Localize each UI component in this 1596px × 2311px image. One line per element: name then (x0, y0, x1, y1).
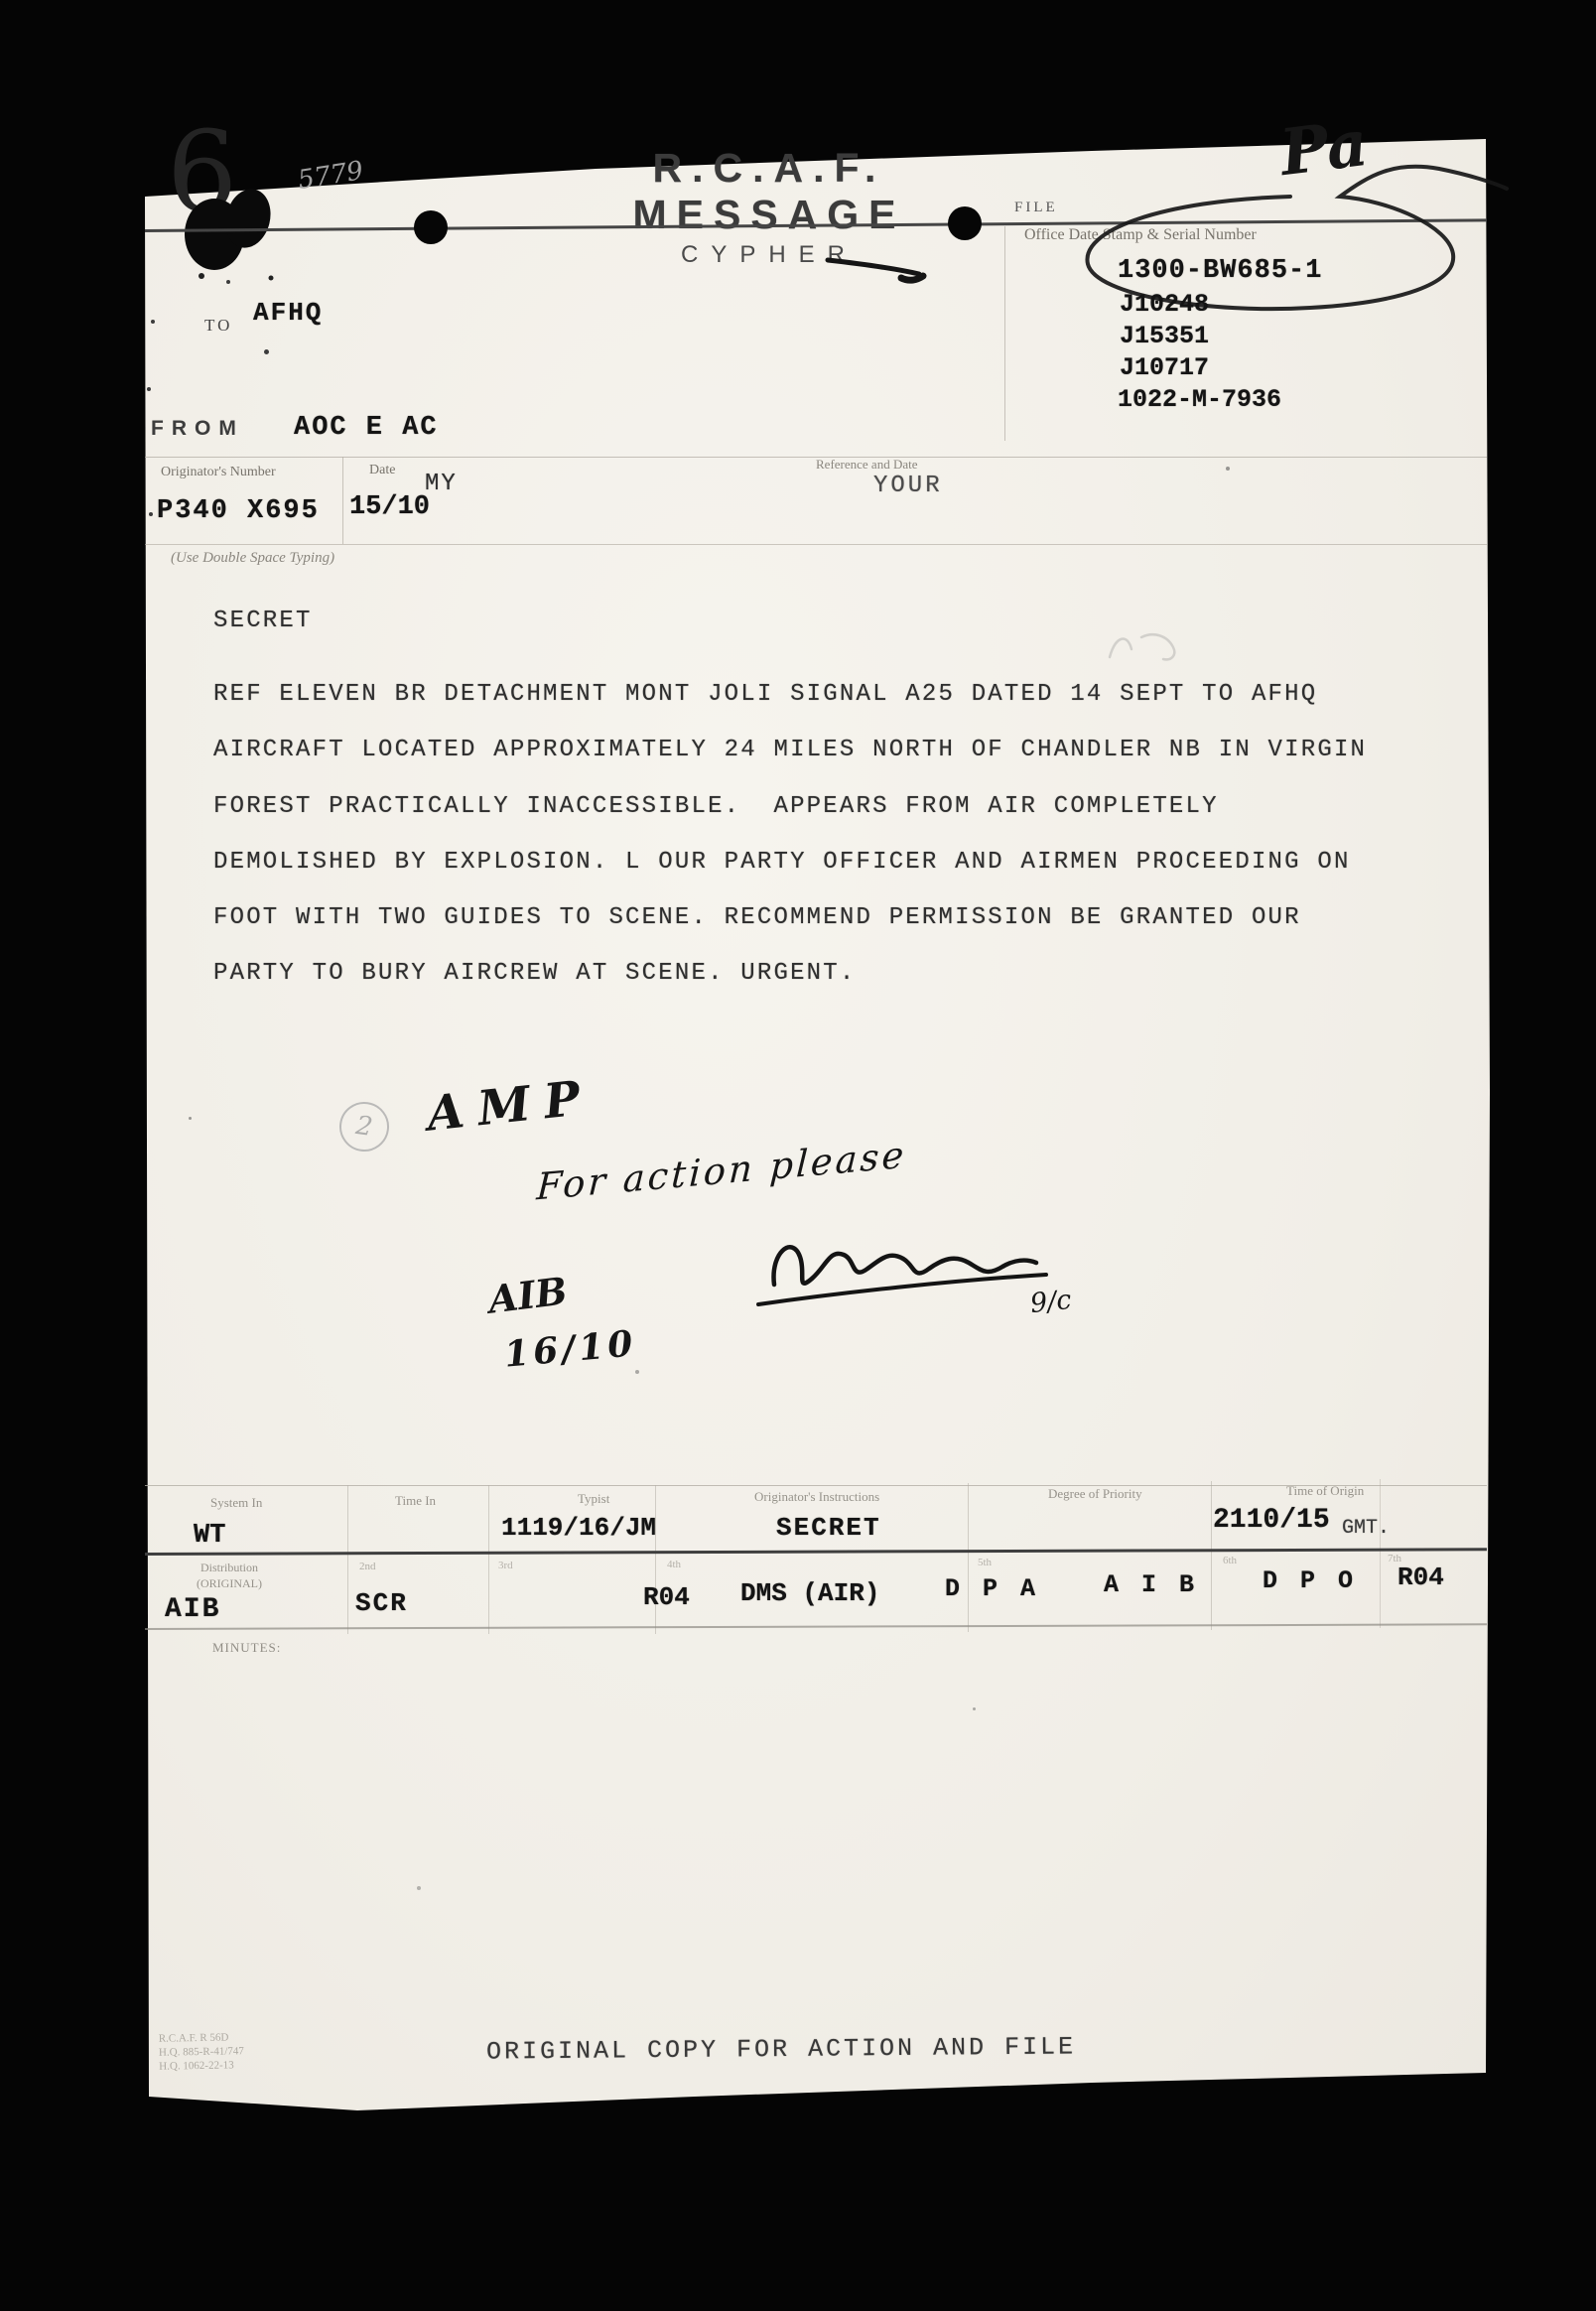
col-degree-of-priority: Degree of Priority (1048, 1486, 1142, 1502)
pencil-scribble (1102, 627, 1191, 667)
time-of-origin-suffix: GMT. (1342, 1517, 1390, 1540)
table-v6 (1380, 1479, 1381, 1628)
punch-hole-left (414, 210, 448, 244)
form-ref-2: H.Q. 1062-22-13 (159, 2058, 244, 2073)
col-originators-instructions: Originator's Instructions (754, 1489, 879, 1505)
to-label: TO (204, 316, 232, 336)
time-of-origin-value: 2110/15 (1213, 1505, 1330, 1536)
slot-4th: 4th (667, 1559, 681, 1570)
form-reference-block: R.C.A.F. R 56D H.Q. 885-R-41/747 H.Q. 10… (159, 2030, 245, 2073)
col-time-in: Time In (395, 1493, 436, 1509)
form-rule-2 (145, 544, 1487, 545)
circling-scrawl (1042, 139, 1509, 328)
minutes-label: MINUTES: (212, 1640, 281, 1656)
dist-value-4: D P A (945, 1574, 1039, 1603)
table-v5 (1211, 1481, 1212, 1630)
table-v4 (968, 1483, 969, 1632)
reference-and-date-label: Reference and Date (816, 457, 918, 473)
slot-5th: 5th (978, 1557, 992, 1568)
col-system-in: System In (210, 1495, 262, 1511)
dist-value-2: R04 (643, 1582, 690, 1612)
typing-note: (Use Double Space Typing) (171, 550, 334, 567)
message-line-3: FOREST PRACTICALLY INACCESSIBLE. APPEARS… (213, 793, 1219, 820)
typist-value: 1119/16/JM (501, 1513, 656, 1543)
date-label: Date (369, 463, 395, 478)
form-ref-1: H.Q. 885-R-41/747 (159, 2044, 244, 2059)
your-text: YOUR (873, 473, 943, 499)
slot-2nd: 2nd (359, 1561, 376, 1572)
dist-value-3: DMS (AIR) (740, 1578, 879, 1608)
distribution-label-2: (ORIGINAL) (197, 1576, 262, 1591)
form-ref-0: R.C.A.F. R 56D (159, 2030, 244, 2045)
message-line-5: FOOT WITH TWO GUIDES TO SCENE. RECOMMEND… (213, 904, 1301, 931)
slot-3rd: 3rd (498, 1560, 513, 1571)
originators-instructions-value: SECRET (776, 1513, 881, 1543)
message-line-6: PARTY TO BURY AIRCREW AT SCENE. URGENT. (213, 960, 857, 987)
form-divider-date (342, 457, 343, 544)
slot-6th: 6th (1223, 1555, 1237, 1566)
pen-stroke (824, 248, 943, 288)
date-value: 15/10 (349, 492, 430, 522)
serial-3: J10717 (1120, 353, 1209, 382)
dist-value-5: A I B (1104, 1570, 1198, 1599)
system-in-value: WT (194, 1521, 225, 1551)
originators-number-value: P340 X695 (157, 496, 320, 526)
table-v1 (347, 1485, 348, 1634)
to-value: AFHQ (253, 298, 323, 328)
scanned-document-photo: 6 5779 R.C.A.F. MESSAGE CYPHER FILE Offi… (0, 0, 1596, 2311)
signature-suffix: 9/c (1028, 1285, 1072, 1319)
col-time-of-origin: Time of Origin (1286, 1483, 1364, 1499)
file-box-divider (1004, 226, 1005, 441)
punch-hole-right (948, 206, 982, 240)
serial-0: 1300-BW685-1 (1118, 256, 1322, 286)
from-label: FROM (151, 417, 244, 441)
serial-1: J10248 (1120, 290, 1209, 319)
footer-note: ORIGINAL COPY FOR ACTION AND FILE (486, 2032, 1076, 2066)
dist-value-0: AIB (165, 1594, 220, 1625)
distribution-label: Distribution (200, 1561, 258, 1575)
col-typist: Typist (578, 1491, 609, 1507)
dist-value-1: SCR (355, 1588, 408, 1618)
circled-number-value: 2 (354, 1111, 375, 1143)
dist-value-6: D P O (1263, 1566, 1357, 1595)
originators-number-label: Originator's Number (161, 465, 276, 480)
classification: SECRET (213, 608, 313, 634)
serial-4: 1022-M-7936 (1118, 385, 1281, 414)
message-line-1: REF ELEVEN BR DETACHMENT MONT JOLI SIGNA… (213, 681, 1317, 708)
message-line-4: DEMOLISHED BY EXPLOSION. L OUR PARTY OFF… (213, 849, 1351, 876)
table-v2 (488, 1485, 489, 1634)
from-value: AOC E AC (294, 413, 439, 443)
serial-2: J15351 (1120, 322, 1209, 350)
message-line-2: AIRCRAFT LOCATED APPROXIMATELY 24 MILES … (213, 737, 1367, 763)
annotation-initials: AIB (486, 1268, 570, 1321)
dist-value-7: R04 (1397, 1563, 1444, 1592)
